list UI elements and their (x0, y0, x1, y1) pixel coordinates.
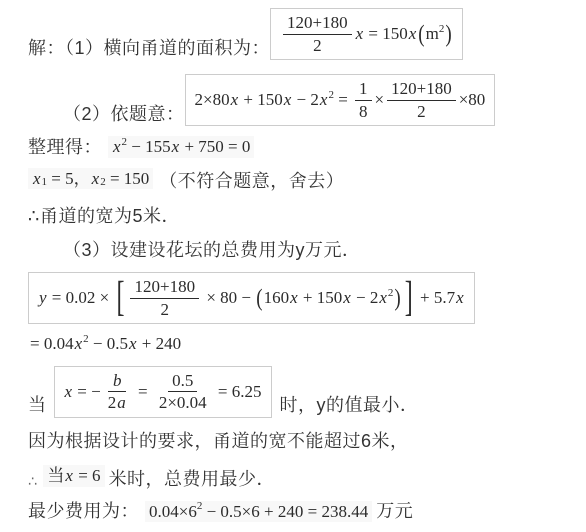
line-11-suffix: 米时，总费用最少． (109, 468, 276, 491)
line-4-formula: x1 = 5，x2 = 150 (28, 168, 153, 190)
line-5-text: ∴甬道的宽为5米． (28, 205, 180, 228)
solution-document: 解：（1）横向甬道的面积为： 120+1802x = 150x(m2) （2）依… (0, 0, 580, 523)
line-1-formula-box: 120+1802x = 150x(m2) (270, 8, 463, 60)
line-3-label: 整理得： (28, 136, 102, 159)
line-9-formula-box: x = −b2a = 0.52×0.04 = 6.25 (54, 366, 272, 418)
solution-line-11: ∴ 当x = 6 米时，总费用最少． (28, 465, 580, 492)
solution-line-5: ∴甬道的宽为5米． (28, 205, 580, 228)
solution-line-1: 解：（1）横向甬道的面积为： 120+1802x = 150x(m2) (28, 8, 580, 60)
line-12-unit: 万元 (376, 500, 413, 523)
solution-line-12: 最少费用为： 0.04×62 − 0.5×6 + 240 = 238.44 万元 (28, 500, 580, 523)
solution-line-6: （3）设建设花坛的总费用为y万元． (28, 239, 580, 262)
solution-line-4: x1 = 5，x2 = 150 （不符合题意，舍去） (28, 168, 580, 194)
line-12-label: 最少费用为： (28, 500, 139, 523)
line-8-formula: = 0.04x2 − 0.5x + 240 (30, 334, 181, 354)
line-9-prefix: 当 (28, 394, 47, 417)
line-1-label: 解：（1）横向甬道的面积为： (28, 37, 270, 60)
line-9-suffix: 时，y的值最小． (280, 394, 419, 417)
line-4-note: （不符合题意，舍去） (159, 170, 344, 193)
line-11-therefore-symbol: ∴ (28, 472, 37, 490)
solution-line-8: = 0.04x2 − 0.5x + 240 (30, 334, 580, 354)
line-2-formula-box: 2×80x + 150x − 2x2 = 18×120+1802×80 (185, 74, 496, 126)
line-12-formula: 0.04×62 − 0.5×6 + 240 = 238.44 (145, 501, 372, 523)
solution-line-7: y = 0.02 × [120+1802 × 80 − (160x + 150x… (28, 272, 580, 324)
line-10-text: 因为根据设计的要求，甬道的宽不能超过6米， (28, 430, 409, 453)
line-6-text: （3）设建设花坛的总费用为y万元． (63, 239, 361, 262)
line-11-formula: 当x = 6 (43, 465, 104, 487)
line-2-label: （2）依题意： (63, 103, 185, 126)
solution-line-3: 整理得： x2 − 155x + 750 = 0 (28, 136, 580, 160)
line-7-formula-box: y = 0.02 × [120+1802 × 80 − (160x + 150x… (28, 272, 475, 324)
solution-line-2: （2）依题意： 2×80x + 150x − 2x2 = 18×120+1802… (28, 74, 580, 126)
solution-line-10: 因为根据设计的要求，甬道的宽不能超过6米， (28, 430, 580, 453)
solution-line-9: 当 x = −b2a = 0.52×0.04 = 6.25 时，y的值最小． (28, 366, 580, 418)
line-3-formula: x2 − 155x + 750 = 0 (108, 136, 254, 158)
